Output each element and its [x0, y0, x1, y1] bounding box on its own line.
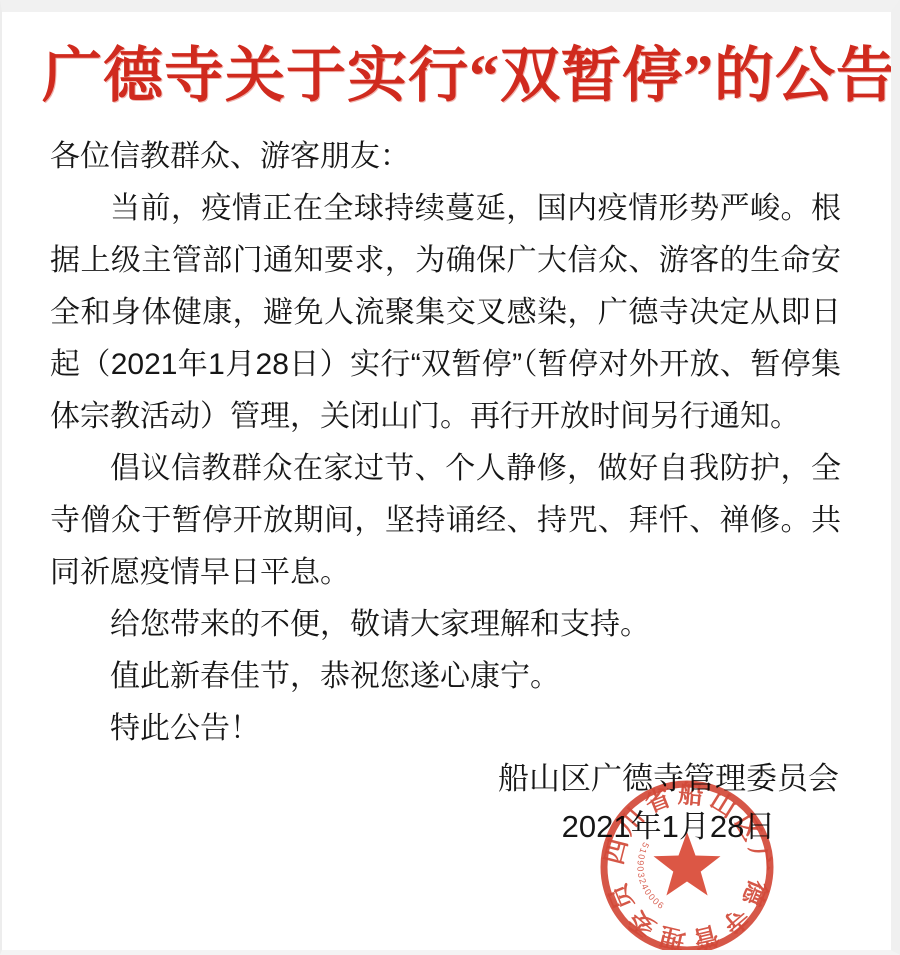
notice-page: 广德寺关于实行“双暂停”的公告 各位信教群众、游客朋友： 当前，疫情正在全球持续…: [0, 0, 900, 955]
signoff-organization: 船山区广德寺管理委员会: [498, 755, 839, 803]
paragraph-greeting: 值此新春佳节，恭祝您遂心康宁。: [50, 651, 841, 703]
signoff-block: 船山区广德寺管理委员会 2021年1月28日: [2, 755, 839, 851]
paragraph-epidemic-measures: 当前，疫情正在全球持续蔓延，国内疫情形势严峻。根据上级主管部门通知要求，为确保广…: [50, 183, 841, 443]
paragraph-closing: 特此公告！: [50, 703, 841, 755]
paragraph-apology: 给您带来的不便，敬请大家理解和支持。: [50, 599, 841, 651]
signoff-date: 2021年1月28日: [498, 803, 839, 851]
notice-body: 各位信教群众、游客朋友： 当前，疫情正在全球持续蔓延，国内疫情形势严峻。根据上级…: [50, 131, 841, 755]
salutation-line: 各位信教群众、游客朋友：: [50, 131, 841, 183]
paragraph-advice: 倡议信教群众在家过节、个人静修，做好自我防护，全寺僧众于暂停开放期间，坚持诵经、…: [50, 443, 841, 599]
notice-title: 广德寺关于实行“双暂停”的公告: [42, 36, 851, 117]
